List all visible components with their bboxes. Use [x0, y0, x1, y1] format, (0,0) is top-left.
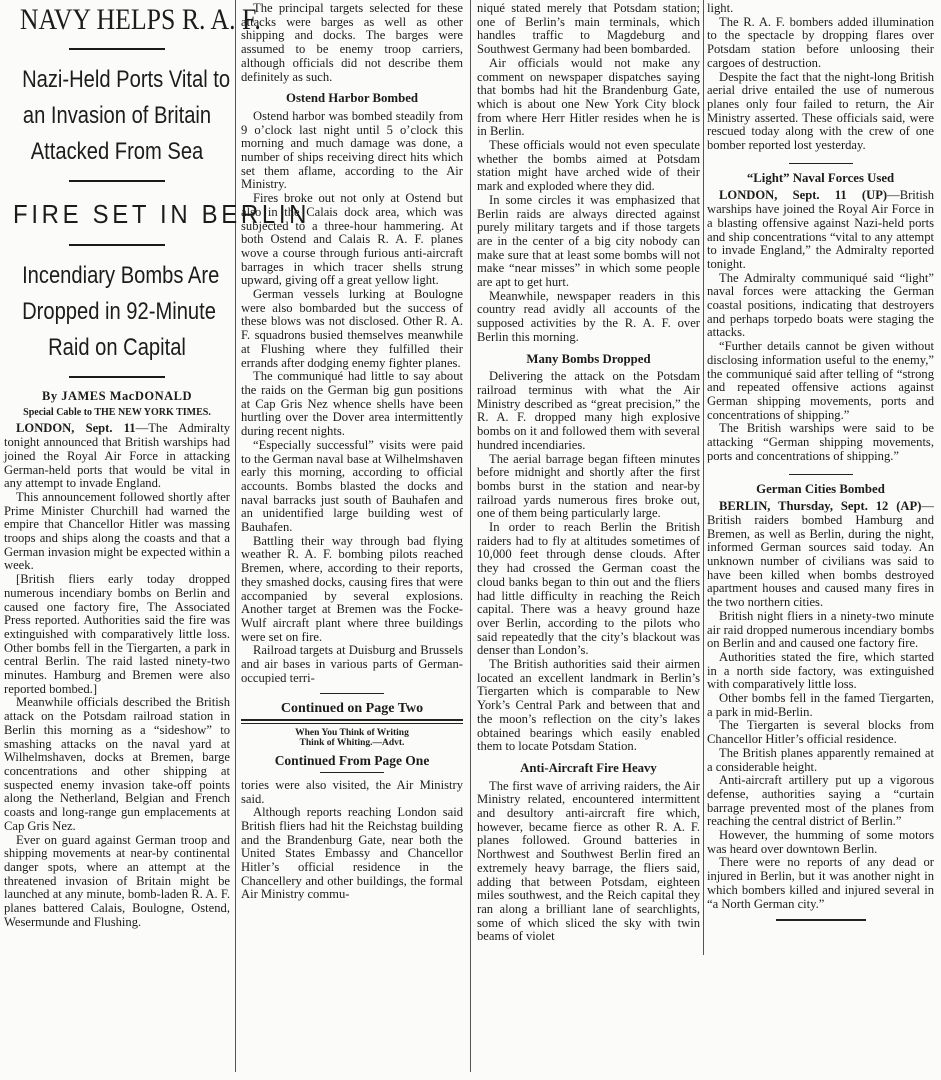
section-subhead: “Light” Naval Forces Used [707, 172, 934, 186]
dateline: BERLIN, Thursday, Sept. 12 (AP) [719, 499, 921, 513]
column-3: niqué stated merely that Potsdam station… [477, 2, 700, 944]
lead-paragraph: LONDON, Sept. 11—The Admiralty tonight a… [4, 422, 230, 491]
paragraph: [British fliers early today dropped nume… [4, 573, 230, 696]
paragraph: Despite the fact that the night-long Bri… [707, 71, 934, 153]
paragraph: Delivering the attack on the Potsdam rai… [477, 370, 700, 452]
column-rule [703, 0, 704, 955]
headline-rule [69, 244, 165, 246]
paragraph: Other bombs fell in the famed Tiergarten… [707, 692, 934, 719]
paragraph: British night fliers in a ninety-two min… [707, 610, 934, 651]
advertisement-line: When You Think of Writing [241, 728, 463, 738]
column-rule [235, 0, 236, 1072]
paragraph: The communiqué had little to say about t… [241, 370, 463, 439]
divider [320, 772, 384, 773]
paragraph: tories were also visited, the Air Minist… [241, 779, 463, 806]
paragraph: In some circles it was emphasized that B… [477, 194, 700, 290]
paragraph: These officials would not even speculate… [477, 139, 700, 194]
dateline: LONDON, Sept. 11 [16, 421, 136, 435]
paragraph: Ostend harbor was bombed steadily from 9… [241, 110, 463, 192]
paragraph: The Tiergarten is several blocks from Ch… [707, 719, 934, 746]
headline-rule [69, 376, 165, 378]
paragraph: The British planes apparently remained a… [707, 747, 934, 774]
end-rule [776, 919, 866, 921]
paragraph: niqué stated merely that Potsdam station… [477, 2, 700, 57]
paragraph: The R. A. F. bombers added illumination … [707, 16, 934, 71]
main-headline: NAVY HELPS R. A. F. [20, 2, 214, 38]
paragraph: Battling their way through bad flying we… [241, 535, 463, 645]
deck-line: Incendiary Bombs Are [22, 258, 212, 294]
paragraph: There were no reports of any dead or inj… [707, 856, 934, 911]
column-rule [470, 0, 471, 1072]
deck-line: Nazi-Held Ports Vital to [22, 62, 212, 98]
paragraph: In order to reach Berlin the British rai… [477, 521, 700, 658]
paragraph: “Further details cannot be given without… [707, 340, 934, 422]
deck-line: an Invasion of Britain [22, 98, 212, 134]
paragraph: Meanwhile officials described the Britis… [4, 696, 230, 833]
continued-on-label: Continued on Page Two [241, 702, 463, 716]
paragraph: The aerial barrage began fifteen minutes… [477, 453, 700, 522]
divider [320, 693, 384, 694]
paragraph: Meanwhile, newspaper readers in this cou… [477, 290, 700, 345]
paragraph: This announcement followed shortly after… [4, 491, 230, 573]
headline-rule [69, 48, 165, 50]
subheadline: FIRE SET IN BERLIN [13, 194, 221, 234]
divider [789, 163, 853, 164]
paragraph: LONDON, Sept. 11 (UP)—British warships h… [707, 189, 934, 271]
headline-rule [69, 180, 165, 182]
paragraph: Fires broke out not only at Ostend but a… [241, 192, 463, 288]
section-subhead: German Cities Bombed [707, 483, 934, 497]
paragraph: The principal targets selected for these… [241, 2, 463, 84]
deck-line: Raid on Capital [22, 330, 212, 366]
continued-from-label: Continued From Page One [241, 754, 463, 768]
deck-line: Dropped in 92-Minute [22, 294, 212, 330]
newspaper-clipping: NAVY HELPS R. A. F. Nazi-Held Ports Vita… [0, 0, 941, 1080]
divider [789, 474, 853, 475]
paragraph: The Admiralty communiqué said “light” na… [707, 272, 934, 341]
paragraph: Authorities stated the fire, which start… [707, 651, 934, 692]
paragraph: “Especially successful” visits were paid… [241, 439, 463, 535]
double-divider [241, 719, 463, 724]
deck-line: Attacked From Sea [22, 134, 212, 170]
paragraph: The first wave of arriving raiders, the … [477, 780, 700, 944]
section-subhead: Many Bombs Dropped [477, 353, 700, 367]
cable-credit: Special Cable to THE NEW YORK TIMES. [4, 406, 230, 420]
paragraph: The British warships were said to be att… [707, 422, 934, 463]
column-4: light. The R. A. F. bombers added illumi… [707, 2, 934, 929]
byline: By JAMES MacDONALD [4, 390, 230, 404]
paragraph: However, the humming of some motors was … [707, 829, 934, 856]
column-1: NAVY HELPS R. A. F. Nazi-Held Ports Vita… [4, 2, 230, 929]
paragraph: BERLIN, Thursday, Sept. 12 (AP)—British … [707, 500, 934, 610]
paragraph: Anti-aircraft artillery put up a vigorou… [707, 774, 934, 829]
paragraph: Although reports reaching London said Br… [241, 806, 463, 902]
paragraph: Ever on guard against German troop and s… [4, 834, 230, 930]
paragraph: German vessels lurking at Boulogne were … [241, 288, 463, 370]
paragraph: Air officials would not make any comment… [477, 57, 700, 139]
section-subhead: Ostend Harbor Bombed [241, 92, 463, 106]
dateline: LONDON, Sept. 11 (UP) [719, 188, 887, 202]
section-subhead: Anti-Aircraft Fire Heavy [477, 762, 700, 776]
paragraph: The British authorities said their airme… [477, 658, 700, 754]
paragraph: light. [707, 2, 934, 16]
column-2: The principal targets selected for these… [241, 2, 463, 902]
advertisement-line: Think of Whiting.—Advt. [241, 738, 463, 748]
paragraph: Railroad targets at Duisburg and Brussel… [241, 644, 463, 685]
